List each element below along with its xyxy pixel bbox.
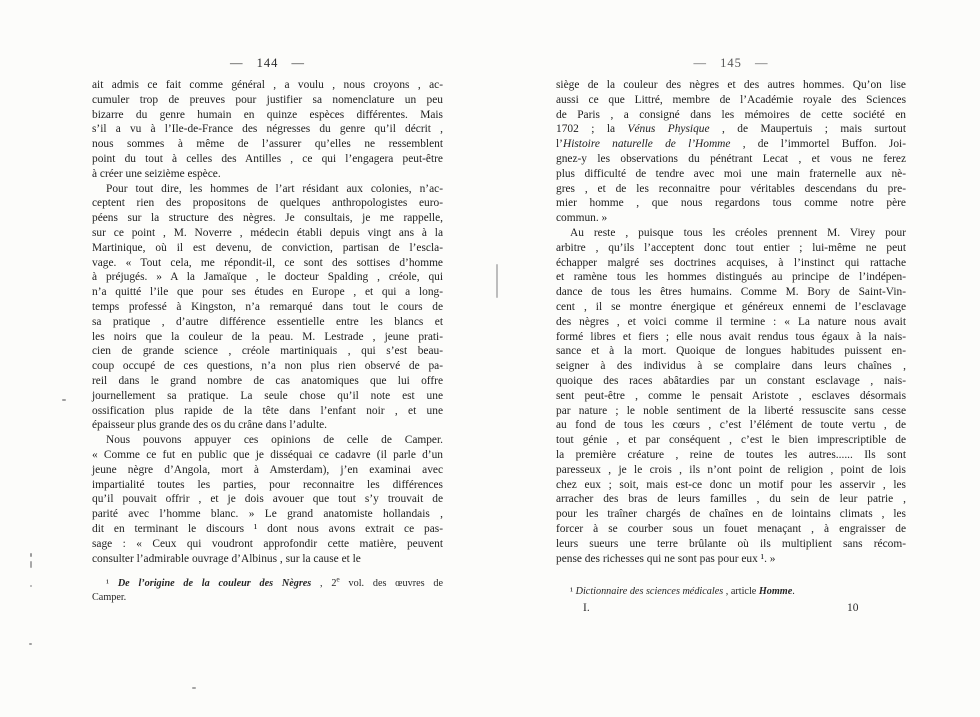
scan-speck: [30, 553, 32, 557]
text-line: gres , et de les reconnaitre pour vérita…: [556, 182, 906, 197]
text-line: parité avec l’homme blanc. » Le grand an…: [92, 507, 443, 522]
text-line: 1702 ; la Vénus Physique , de Maupertuis…: [556, 122, 906, 137]
text-line: pense des richesses qui ne sont pas pour…: [556, 552, 906, 567]
styled-text-segment: .: [792, 586, 795, 597]
text-line: ¹ Dictionnaire des sciences médicales , …: [556, 585, 906, 599]
text-line: seigner à des individus à se complaire d…: [556, 359, 906, 374]
text-line: les noirs que la couleur de la peau. M. …: [92, 330, 443, 345]
text-line: Camper.: [92, 591, 443, 605]
text-line: qu’il pouvait offrir , et je dois avouer…: [92, 492, 443, 507]
text-line: tout génie , et par conséquent , c’est l…: [556, 433, 906, 448]
text-line: chez eux ; soit, mais est-ce donc un mot…: [556, 478, 906, 493]
text-line: reil dans le grand nombre de cas anatomi…: [92, 374, 443, 389]
styled-text-segment: ¹: [106, 578, 118, 589]
text-line: leurs sueurs une terre brûlante où ils m…: [556, 537, 906, 552]
text-line: au fond de tous les cœurs , c’est l’élém…: [556, 418, 906, 433]
text-line: sur ce point , M. Noverre , médecin étab…: [92, 226, 443, 241]
text-line: Au reste , puisque tous les créoles pren…: [556, 226, 906, 241]
text-line: pour les traîner chargés de chaînes en d…: [556, 507, 906, 522]
text-line: ¹ De l’origine de la couleur des Nègres …: [92, 577, 443, 591]
text-line: dit en terminant le discours ¹ dont nous…: [92, 522, 443, 537]
paragraph: Pour tout dire, les hommes de l’art rési…: [92, 182, 443, 434]
styled-text-segment: , 2: [311, 578, 336, 589]
right-page-text: siège de la couleur des nègres et des au…: [556, 78, 906, 566]
left-page: — 144 — ait admis ce fait comme général …: [92, 56, 443, 604]
styled-text-segment: , article: [723, 586, 759, 597]
text-line: siège de la couleur des nègres et des au…: [556, 78, 906, 93]
left-page-footnote: ¹ De l’origine de la couleur des Nègres …: [92, 577, 443, 604]
styled-text-segment: l’: [556, 138, 563, 150]
text-line: Martinique, où il est devenu, de convict…: [92, 241, 443, 256]
text-line: sa pratique , d’autre différence essenti…: [92, 315, 443, 330]
text-line: Nous pouvons appuyer ces opinions de cel…: [92, 433, 443, 448]
text-line: nous sommes à même de l’assurer qu’elles…: [92, 137, 443, 152]
text-line: et ramène tous les hommes distingués au …: [556, 270, 906, 285]
paragraph: Au reste , puisque tous les créoles pren…: [556, 226, 906, 566]
sheet-number: 10: [847, 602, 859, 614]
paragraph: ¹ De l’origine de la couleur des Nègres …: [92, 577, 443, 604]
text-line: péens sur la structure des nègres. Je co…: [92, 211, 443, 226]
left-page-text: ait admis ce fait comme général , a voul…: [92, 78, 443, 566]
text-line: commun. »: [556, 211, 906, 226]
text-line: échapper malgré ses doctrines acquises, …: [556, 256, 906, 271]
styled-text-segment: De l’origine de la couleur des Nègres: [118, 578, 311, 589]
text-line: ossification plus rapide de la tête dans…: [92, 404, 443, 419]
text-line: arbitre , qu’ils l’acceptent donc tout e…: [556, 241, 906, 256]
text-line: gnez-y les observations du pénétrant Lec…: [556, 152, 906, 167]
text-line: dance de tous les êtres humains. Comme M…: [556, 285, 906, 300]
text-line: la première créature , reine de toutes l…: [556, 448, 906, 463]
text-line: à préjugés. » A la Jamaïque , le docteur…: [92, 270, 443, 285]
text-line: cent , il se montre énergique et généreu…: [556, 300, 906, 315]
right-page-footnote: ¹ Dictionnaire des sciences médicales , …: [556, 585, 906, 599]
text-line: formé libres et fiers ; elle nous avait …: [556, 330, 906, 345]
text-line: sent peut-être , comme le pensait Aristo…: [556, 389, 906, 404]
text-line: ait admis ce fait comme général , a voul…: [92, 78, 443, 93]
text-line: impartialité toutes les parties, pour re…: [92, 478, 443, 493]
text-line: arracher des bras de leurs familles , du…: [556, 492, 906, 507]
paragraph: siège de la couleur des nègres et des au…: [556, 78, 906, 226]
text-line: ceptent rien des propositons de quelques…: [92, 196, 443, 211]
text-line: épaisseur plus grande des os du crâne da…: [92, 418, 443, 433]
gutter-scan-line: [496, 264, 498, 298]
scan-speck: [62, 399, 66, 401]
volume-mark: I.: [583, 602, 590, 614]
text-line: mier homme , que nous regardons tous com…: [556, 196, 906, 211]
text-line: consulter l’admirable ouvrage d’Albinus …: [92, 552, 443, 567]
paragraph: Nous pouvons appuyer ces opinions de cel…: [92, 433, 443, 566]
scan-speck: [192, 687, 196, 689]
text-line: plus difficulté de tendre avec moi une m…: [556, 167, 906, 182]
right-page-number: — 145 —: [556, 56, 906, 71]
paragraph: ¹ Dictionnaire des sciences médicales , …: [556, 585, 906, 599]
text-line: aussi ce que Littré, membre de l’Académi…: [556, 93, 906, 108]
text-line: l’Histoire naturelle de l’Homme , de l’i…: [556, 137, 906, 152]
styled-text-segment: Vénus Physique: [628, 123, 710, 135]
text-line: à créer une seizième espèce.: [92, 167, 443, 182]
styled-text-segment: Homme: [759, 586, 792, 597]
styled-text-segment: Dictionnaire des sciences médicales: [576, 586, 724, 597]
text-line: point du tout à celles des Antilles , ce…: [92, 152, 443, 167]
text-line: des nègres , et voici comme il termine :…: [556, 315, 906, 330]
styled-text-segment: Histoire naturelle de l’Homme: [563, 138, 731, 150]
text-line: cien de grande science , créole martiniq…: [92, 344, 443, 359]
left-page-number: — 144 —: [92, 56, 443, 71]
text-line: vage. « Tout cela, me répondit-il, ce so…: [92, 256, 443, 271]
text-line: forcer à se courber sous un fouet menaça…: [556, 522, 906, 537]
text-line: Pour tout dire, les hommes de l’art rési…: [92, 182, 443, 197]
styled-text-segment: vol. des œuvres de: [340, 578, 443, 589]
right-page: — 145 — siège de la couleur des nègres e…: [556, 56, 906, 617]
text-line: n’a quitté l’ile que pour ses études en …: [92, 285, 443, 300]
text-line: par nature ; le noble sentiment de la li…: [556, 404, 906, 419]
text-line: jeune nègre d’Angola, mort à Amsterdam),…: [92, 463, 443, 478]
text-line: coup occupé de ces questions, n’a non pl…: [92, 359, 443, 374]
styled-text-segment: 1702 ; la: [556, 123, 628, 135]
text-line: journellement sa pratique. La seule chos…: [92, 389, 443, 404]
text-line: de Paris , a consigné dans les mémoires …: [556, 108, 906, 123]
signature-line: I. 10: [556, 602, 906, 617]
paragraph: ait admis ce fait comme général , a voul…: [92, 78, 443, 182]
text-line: cumuler trop de preuves pour justifier s…: [92, 93, 443, 108]
scan-speck: [29, 643, 32, 645]
text-line: s’il a vu à l’Ile-de-France des négresse…: [92, 122, 443, 137]
text-line: temps professé à Kingston, n’a remarqué …: [92, 300, 443, 315]
scan-speck: [30, 585, 32, 587]
text-line: bizarre du genre humain en quinze espèce…: [92, 108, 443, 123]
styled-text-segment: , de l’immortel Buffon. Joi-: [730, 138, 906, 150]
text-line: sage : « Ceux qui voudront approfondir c…: [92, 537, 443, 552]
text-line: « Comme ce fut en public que je disséqua…: [92, 448, 443, 463]
text-line: paresseux , je le crois , ils n’ont poin…: [556, 463, 906, 478]
text-line: sance et à la mort. Quoique de longues h…: [556, 344, 906, 359]
text-line: quoique des races abâtardies par un cons…: [556, 374, 906, 389]
styled-text-segment: , de Maupertuis ; mais surtout: [710, 123, 906, 135]
scan-speck: [30, 561, 32, 568]
